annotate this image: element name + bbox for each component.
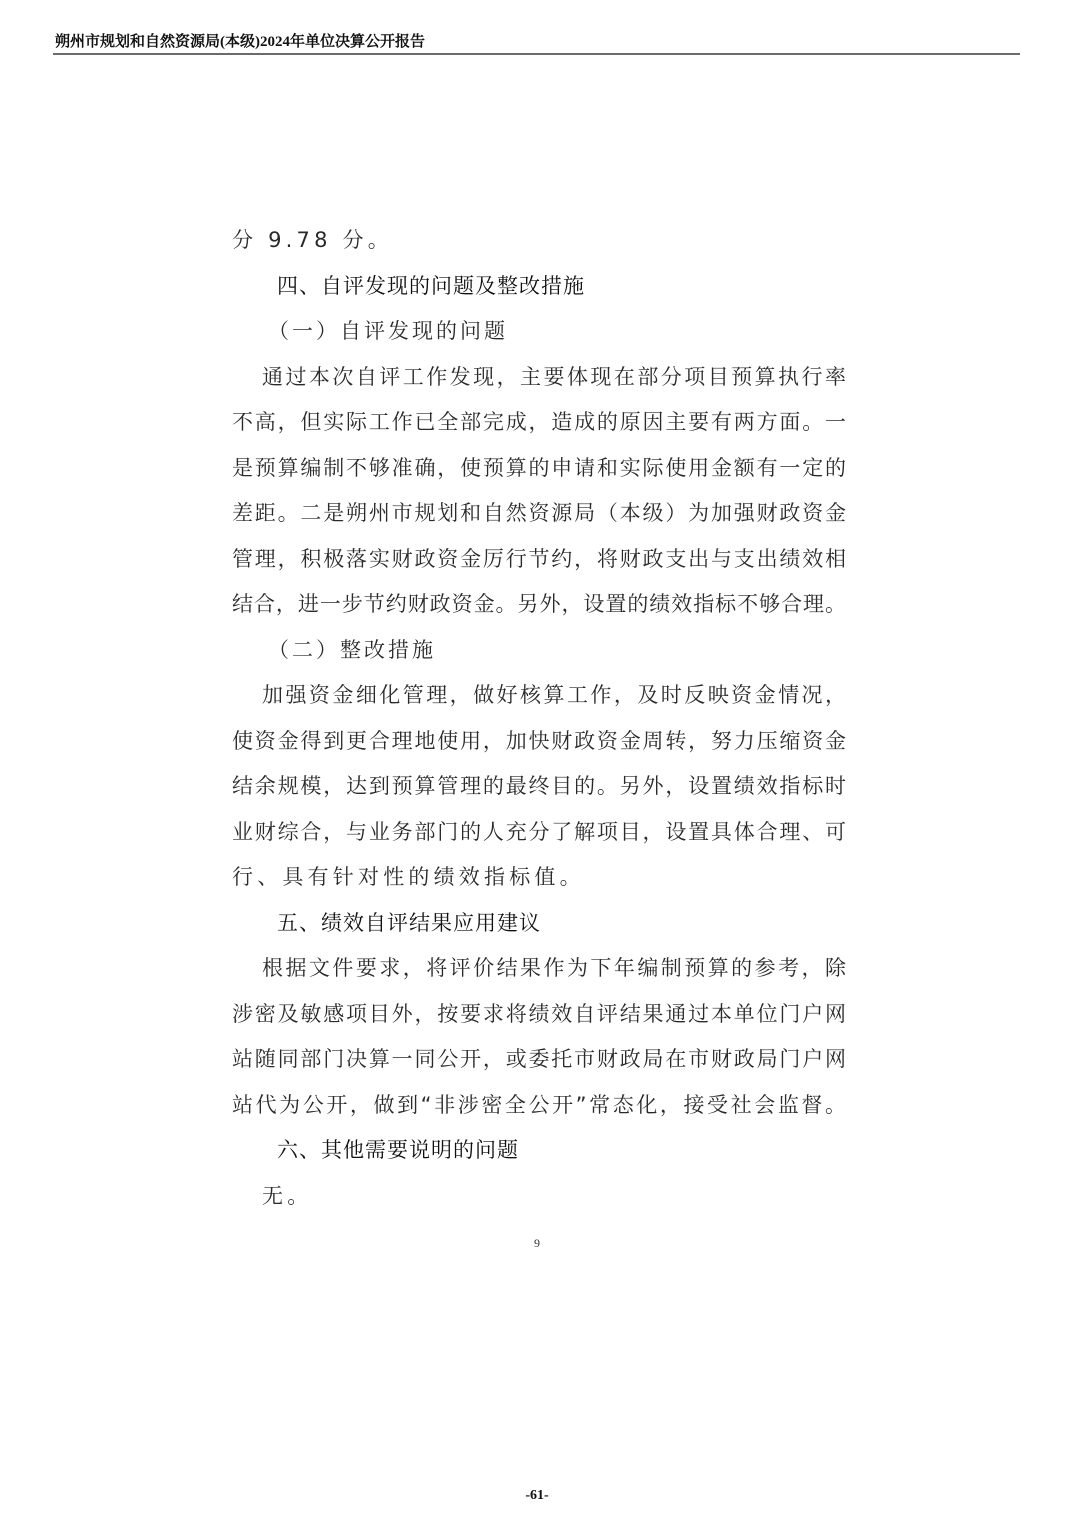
- paragraph-line: 业财综合，与业务部门的人充分了解项目，设置具体合理、可: [232, 810, 846, 856]
- document-body: 分 9.78 分。 四、自评发现的问题及整改措施 （一）自评发现的问题 通过本次…: [232, 218, 846, 1219]
- paragraph-line: 结余规模，达到预算管理的最终目的。另外，设置绩效指标时: [232, 764, 846, 810]
- paragraph-line: 不高，但实际工作已全部完成，造成的原因主要有两方面。一: [232, 400, 846, 446]
- paragraph-line: 通过本次自评工作发现，主要体现在部分项目预算执行率: [232, 355, 846, 401]
- paragraph-line: 加强资金细化管理，做好核算工作，及时反映资金情况，: [232, 673, 846, 719]
- outer-page-number: -61-: [0, 1488, 1074, 1504]
- paragraph-line: 分 9.78 分。: [232, 218, 846, 264]
- paragraph-line: 无。: [232, 1174, 846, 1220]
- document-header-title: 朔州市规划和自然资源局(本级)2024年单位决算公开报告: [55, 30, 425, 51]
- paragraph-line: 站代为公开，做到“非涉密全公开”常态化，接受社会监督。: [232, 1083, 846, 1129]
- section-heading-4: 四、自评发现的问题及整改措施: [232, 264, 846, 310]
- paragraph-line: 差距。二是朔州市规划和自然资源局（本级）为加强财政资金: [232, 491, 846, 537]
- paragraph-line: 行、具有针对性的绩效指标值。: [232, 855, 846, 901]
- paragraph-line: 结合，进一步节约财政资金。另外，设置的绩效指标不够合理。: [232, 582, 846, 628]
- paragraph-line: 根据文件要求，将评价结果作为下年编制预算的参考，除: [232, 946, 846, 992]
- header-divider: [53, 53, 1020, 55]
- section-heading-5: 五、绩效自评结果应用建议: [232, 901, 846, 947]
- subsection-heading-1: （一）自评发现的问题: [232, 309, 846, 355]
- subsection-heading-2: （二）整改措施: [232, 628, 846, 674]
- paragraph-line: 使资金得到更合理地使用，加快财政资金周转，努力压缩资金: [232, 719, 846, 765]
- inner-page-number: 9: [0, 1236, 1074, 1251]
- paragraph-line: 涉密及敏感项目外，按要求将绩效自评结果通过本单位门户网: [232, 992, 846, 1038]
- paragraph-line: 管理，积极落实财政资金厉行节约，将财政支出与支出绩效相: [232, 537, 846, 583]
- section-heading-6: 六、其他需要说明的问题: [232, 1128, 846, 1174]
- paragraph-line: 站随同部门决算一同公开，或委托市财政局在市财政局门户网: [232, 1037, 846, 1083]
- paragraph-line: 是预算编制不够准确，使预算的申请和实际使用金额有一定的: [232, 446, 846, 492]
